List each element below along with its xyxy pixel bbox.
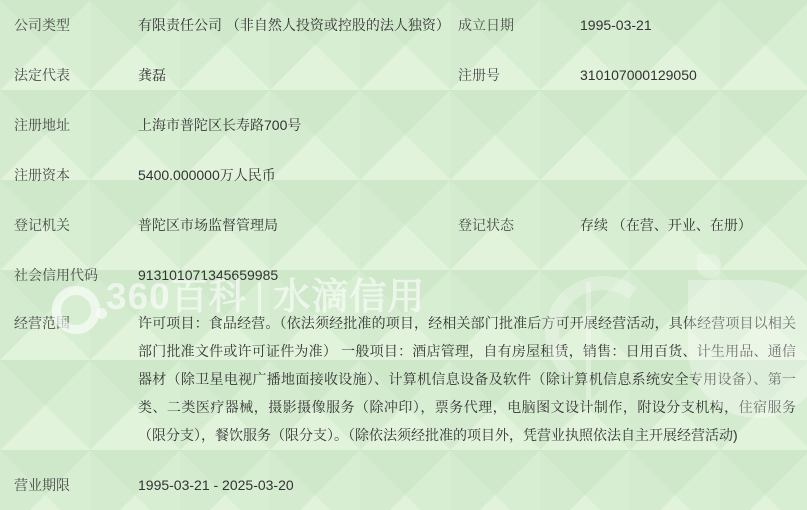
field-value-registration-number: 310107000129050 <box>580 66 697 84</box>
table-row-registered-capital: 注册资本 5400.000000万人民币 <box>0 150 807 200</box>
field-label-social-credit-code: 社会信用代码 <box>14 266 98 284</box>
business-registration-table: 公司类型 有限责任公司 （非自然人投资或控股的法人独资） 成立日期 1995-0… <box>0 0 807 510</box>
field-value-business-scope: 许可项目：食品经营。（依法须经批准的项目，经相关部门批准后方可开展经营活动，具体… <box>138 309 796 449</box>
field-label-establish-date: 成立日期 <box>458 16 514 34</box>
field-label-registered-address: 注册地址 <box>14 116 70 134</box>
table-row-legal-representative: 法定代表 龚磊 注册号 310107000129050 <box>0 50 807 100</box>
field-value-company-type: 有限责任公司 （非自然人投资或控股的法人独资） <box>138 16 450 34</box>
table-row-business-term: 营业期限 1995-03-21 - 2025-03-20 <box>0 460 807 510</box>
field-label-company-type: 公司类型 <box>14 16 70 34</box>
field-value-legal-representative: 龚磊 <box>138 66 166 84</box>
field-value-registration-status: 存续 （在营、开业、在册） <box>580 216 752 234</box>
field-value-establish-date: 1995-03-21 <box>580 16 652 34</box>
field-label-registered-capital: 注册资本 <box>14 166 70 184</box>
field-label-registration-status: 登记状态 <box>458 216 514 234</box>
table-row-registered-address: 注册地址 上海市普陀区长寿路700号 <box>0 100 807 150</box>
field-label-legal-representative: 法定代表 <box>14 66 70 84</box>
field-label-business-scope: 经营范围 <box>14 314 70 332</box>
table-row-company-type: 公司类型 有限责任公司 （非自然人投资或控股的法人独资） 成立日期 1995-0… <box>0 0 807 50</box>
field-value-registered-address: 上海市普陀区长寿路700号 <box>138 116 301 134</box>
table-row-social-credit-code: 社会信用代码 913101071345659985 <box>0 250 807 300</box>
table-row-registration-authority: 登记机关 普陀区市场监督管理局 登记状态 存续 （在营、开业、在册） <box>0 200 807 250</box>
field-value-social-credit-code: 913101071345659985 <box>138 266 278 284</box>
field-value-registration-authority: 普陀区市场监督管理局 <box>138 216 278 234</box>
field-value-business-term: 1995-03-21 - 2025-03-20 <box>138 476 294 494</box>
field-value-registered-capital: 5400.000000万人民币 <box>138 166 276 184</box>
field-label-registration-authority: 登记机关 <box>14 216 70 234</box>
field-label-business-term: 营业期限 <box>14 476 70 494</box>
field-label-registration-number: 注册号 <box>458 66 500 84</box>
table-row-business-scope: 经营范围 许可项目：食品经营。（依法须经批准的项目，经相关部门批准后方可开展经营… <box>0 300 807 460</box>
